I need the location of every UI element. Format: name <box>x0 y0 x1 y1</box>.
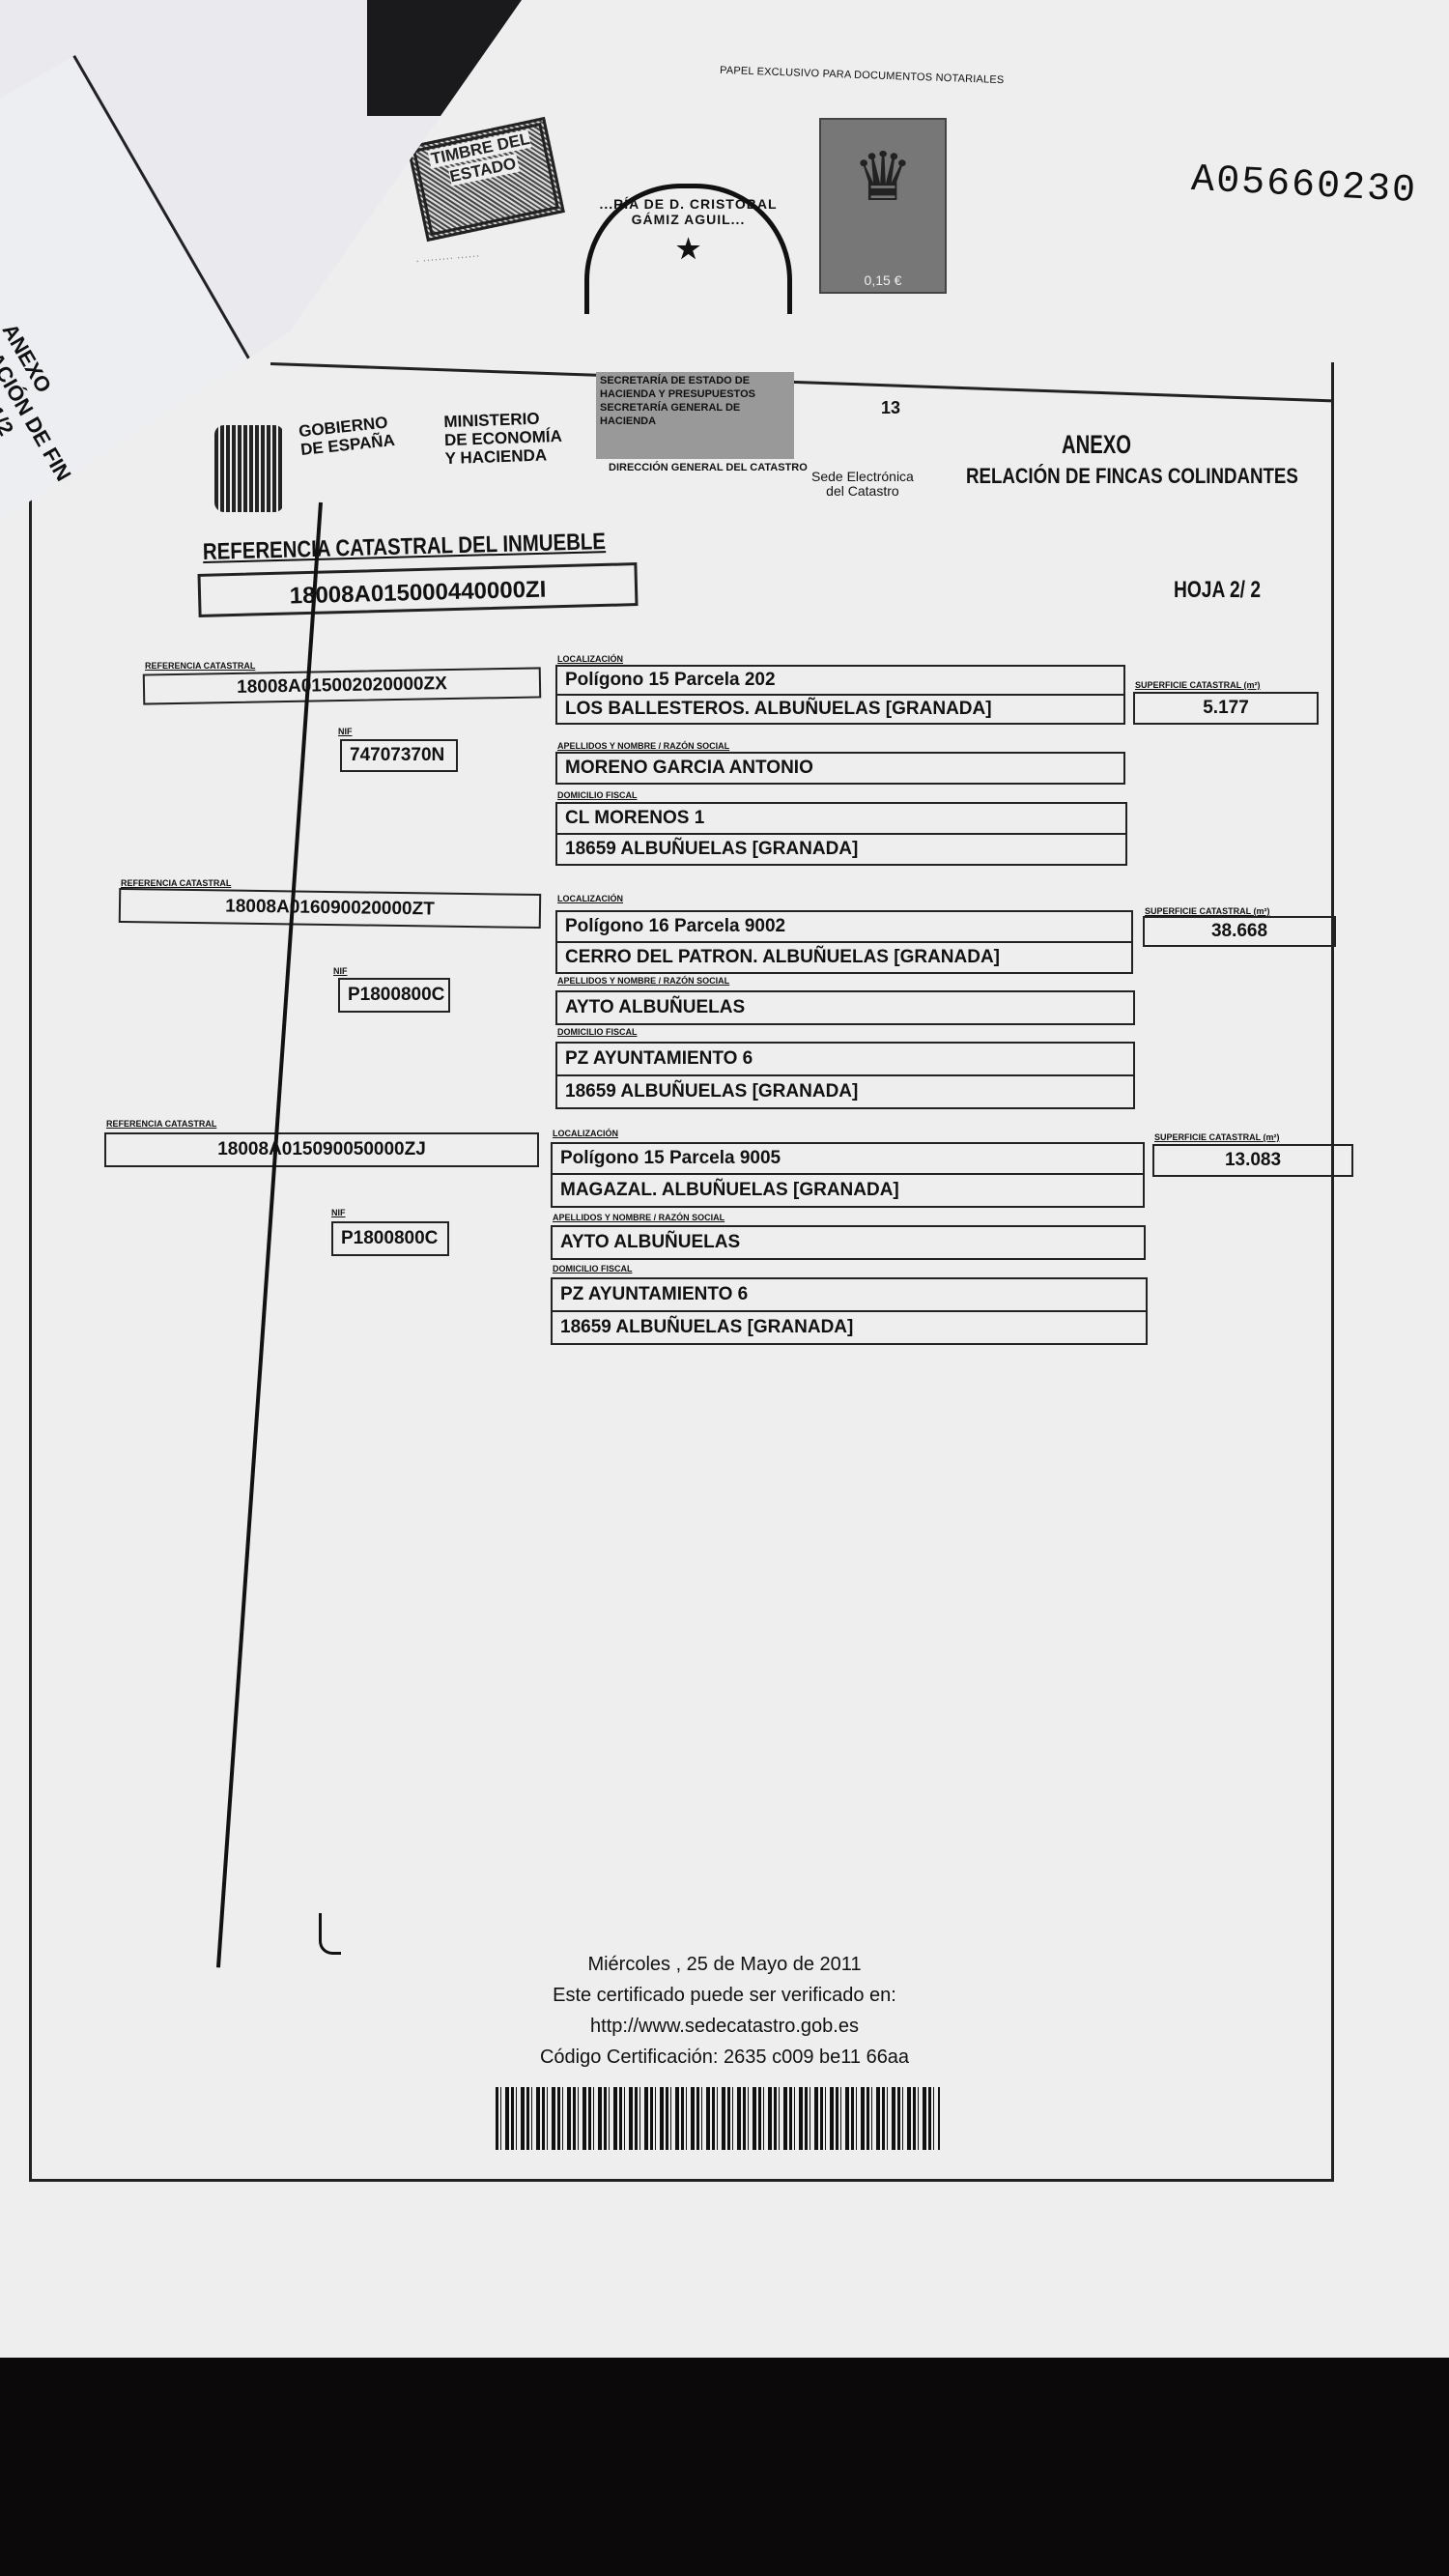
parcel-domicile-1: PZ AYUNTAMIENTO 6 <box>555 1042 1135 1076</box>
notary-seal-icon: ...RÍA DE D. CRISTÓBAL GÁMIZ AGUIL... ★ <box>584 184 792 314</box>
sheet-number: HOJA 2/ 2 <box>1174 577 1261 604</box>
parcel-domicile-2: 18659 ALBUÑUELAS [GRANADA] <box>555 1074 1135 1109</box>
parcel-location-2: LOS BALLESTEROS. ALBUÑUELAS [GRANADA] <box>555 694 1125 725</box>
parcel-owner: AYTO ALBUÑUELAS <box>551 1225 1146 1260</box>
form-frame <box>29 362 1334 2182</box>
parcel-location-2: CERRO DEL PATRON. ALBUÑUELAS [GRANADA] <box>555 941 1133 974</box>
parcel-location-1: Polígono 15 Parcela 9005 <box>551 1142 1145 1175</box>
parcel-nif: 74707370N <box>340 739 458 772</box>
verify-url: http://www.sedecatastro.gob.es <box>386 2012 1063 2041</box>
document-subtitle: RELACIÓN DE FINCAS COLINDANTES <box>966 464 1298 489</box>
parcel-area: 5.177 <box>1133 692 1319 725</box>
parcel-nif: P1800800C <box>331 1221 449 1256</box>
parcel-location-1: Polígono 16 Parcela 9002 <box>555 910 1133 943</box>
sede-label: Sede Electrónicadel Catastro <box>811 470 914 499</box>
page-mark: 13 <box>881 398 900 418</box>
certificate-date: Miércoles , 25 de Mayo de 2011 <box>386 1950 1063 1979</box>
ministry-label: MINISTERIODE ECONOMÍAY HACIENDA <box>443 409 563 468</box>
notarial-paper-header: PAPEL EXCLUSIVO PARA DOCUMENTOS NOTARIAL… <box>720 65 1005 86</box>
parcel-reference: 18008A016090020000ZT <box>119 888 541 929</box>
timbre-stamp-icon: TIMBRE DEL ESTADO <box>407 117 565 242</box>
parcel-domicile-2: 18659 ALBUÑUELAS [GRANADA] <box>551 1310 1148 1345</box>
barcode-icon <box>496 2087 940 2150</box>
certificate-footer: Miércoles , 25 de Mayo de 2011 Este cert… <box>386 1950 1063 2074</box>
secretaria-label: SECRETARÍA DE ESTADO DE HACIENDA Y PRESU… <box>596 372 794 459</box>
serial-number: A05660230 <box>1190 158 1418 214</box>
certification-code: Código Certificación: 2635 c009 be11 66a… <box>386 2043 1063 2072</box>
table-surface <box>0 2358 1449 2576</box>
parcel-nif: P1800800C <box>338 978 450 1013</box>
parcel-location-2: MAGAZAL. ALBUÑUELAS [GRANADA] <box>551 1173 1145 1208</box>
parcel-domicile-2: 18659 ALBUÑUELAS [GRANADA] <box>555 833 1127 866</box>
parcel-area: 13.083 <box>1152 1144 1353 1177</box>
verify-text: Este certificado puede ser verificado en… <box>386 1981 1063 2010</box>
parcel-area: 38.668 <box>1143 916 1336 947</box>
parcel-owner: MORENO GARCIA ANTONIO <box>555 752 1125 785</box>
parcel-reference: 18008A015090050000ZJ <box>104 1132 539 1167</box>
direccion-label: DIRECCIÓN GENERAL DEL CATASTRO <box>609 462 808 474</box>
coat-of-arms-stamp-icon: ♛ 0,15 € <box>819 118 947 294</box>
parcel-owner: AYTO ALBUÑUELAS <box>555 990 1135 1025</box>
parcel-location-1: Polígono 15 Parcela 202 <box>555 665 1125 696</box>
spain-emblem-icon <box>214 425 284 512</box>
faint-print-line: · ········ ······ <box>415 248 481 268</box>
document-title: ANEXO <box>966 430 1227 460</box>
parcel-domicile-1: CL MORENOS 1 <box>555 802 1127 835</box>
parcel-domicile-1: PZ AYUNTAMIENTO 6 <box>551 1277 1148 1312</box>
stamp-value: 0,15 € <box>821 272 945 288</box>
pen-stroke-end <box>319 1913 341 1955</box>
